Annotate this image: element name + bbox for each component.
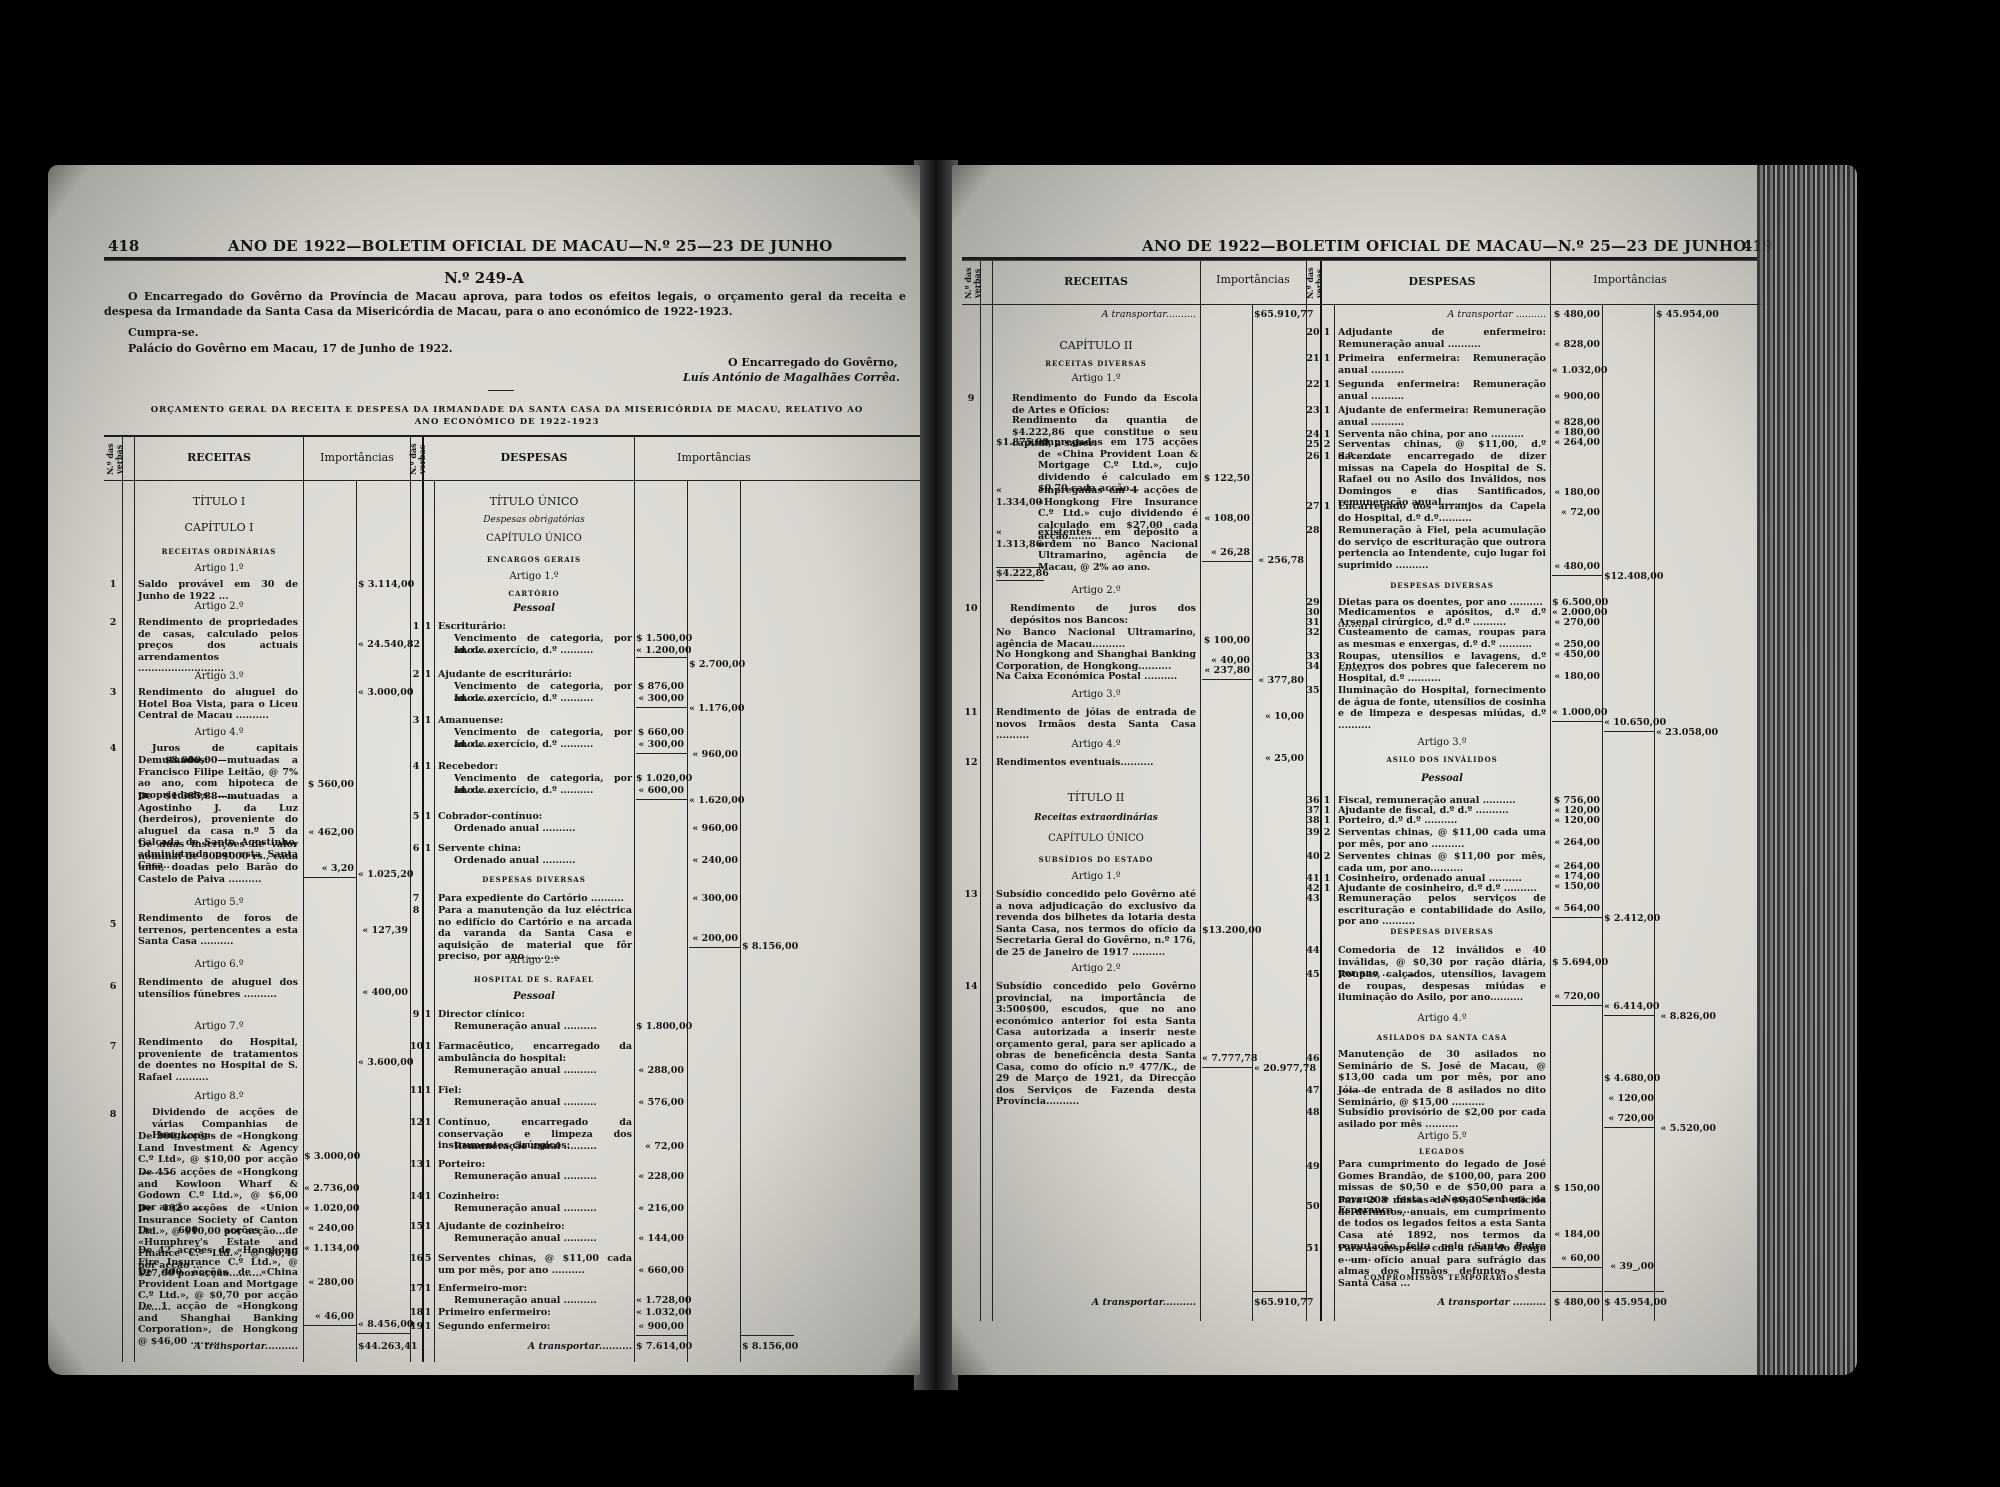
verba-no: 44: [1306, 945, 1320, 956]
despesa-value: « 270,00: [1552, 617, 1600, 629]
despesa-value: « 564,00: [1552, 903, 1600, 915]
verba-no: 11: [410, 1085, 422, 1096]
despesa-value: « 180,00: [1552, 487, 1600, 499]
despesa-item: Para as despesas com a festa do Orago e …: [1338, 1243, 1546, 1289]
despesa-subtotal: « 1.176,00: [689, 703, 738, 715]
verba-no: 51: [1306, 1243, 1320, 1254]
qty: 1: [422, 1009, 434, 1020]
despesa-value: « 720,00: [1552, 991, 1600, 1003]
despesa-value: « 264,00: [1552, 437, 1600, 449]
page-number: 418: [108, 237, 139, 255]
despesa-line: Remuneração anual ..........: [454, 1065, 632, 1077]
despesa-line: Remuneração anual ..........: [454, 1141, 632, 1153]
receita-item: Rendimento do aluguel do Hotel Boa Vista…: [138, 687, 298, 722]
artigo-heading: Artigo 1.º: [434, 571, 634, 582]
receita-subvalue: « 280,00: [304, 1277, 354, 1289]
importancias-header-2: Importâncias: [634, 451, 794, 464]
verba-no: 5: [410, 811, 422, 822]
verba-no: 22: [1306, 379, 1320, 390]
despesa-item: Encarregado dos arranjos da Capela do Ho…: [1338, 501, 1546, 524]
receita-total: « 25,00: [1254, 753, 1304, 765]
verba-no: 35: [1306, 685, 1320, 696]
despesa-value: « 720,00: [1604, 1113, 1654, 1125]
receitas-header: RECEITAS: [134, 451, 304, 464]
verba-no: 40: [1306, 851, 1320, 862]
despesa-value: « 180,00: [1552, 671, 1600, 683]
despesa-subtotal: $ 2.700,00: [689, 659, 738, 671]
receita-total: « 256,78: [1254, 555, 1304, 567]
receita-item: Rendimento de jóias de entrada de novos …: [996, 707, 1196, 742]
despesa-item: Sacerdote encarregado de dizer missas na…: [1338, 451, 1546, 509]
despesa-value: « 828,00: [1552, 339, 1600, 351]
page-number: 419: [1742, 237, 1773, 255]
transport-total: $65.910,77: [1254, 1297, 1304, 1309]
despesa-value: « 72,00: [636, 1141, 684, 1153]
despesa-subtotal: $ 2.412,00: [1604, 913, 1654, 925]
budget-table-right: N.º das verbas RECEITAS Importâncias N.º…: [962, 261, 1762, 1321]
despesa-line: Remuneração anual ..........: [454, 1097, 632, 1109]
receitas-header: RECEITAS: [992, 275, 1200, 288]
artigo-heading: Artigo 1.º: [992, 373, 1200, 384]
artigo-heading: Artigo 2.º: [434, 955, 634, 966]
verba-no: 2: [410, 669, 422, 680]
verba-no: 9: [410, 1009, 422, 1020]
artigo-heading: Artigo 5.º: [134, 897, 304, 908]
verba-no: 28: [1306, 525, 1320, 536]
running-head: ANO DE 1922—BOLETIM OFICIAL DE MACAU—N.º…: [1142, 237, 1747, 255]
verba-no: 48: [1306, 1107, 1320, 1118]
receita-subitem: Na Caixa Económica Postal ..........: [996, 671, 1196, 683]
titulo-heading: TÍTULO II: [992, 791, 1200, 804]
despesa-item: Jóia de entrada de 8 asilados no dito Se…: [1338, 1085, 1546, 1108]
despesa-value: « 144,00: [636, 1233, 684, 1245]
section-heading: RECEITAS DIVERSAS: [992, 359, 1200, 368]
despesa-subtotal: « 10.650,00: [1604, 717, 1654, 729]
capital-amount: « 1.334,00: [996, 485, 1036, 508]
divider: [488, 390, 514, 391]
capital-total: $4.222,86: [996, 567, 1044, 581]
receita-total: $ 3.114,00: [358, 579, 408, 591]
verba-no: 12: [962, 757, 980, 768]
verba-no: 15: [410, 1221, 422, 1232]
transport-subtotal: $ 480,00: [1552, 309, 1600, 321]
importancias-header: Importâncias: [303, 451, 411, 464]
verba-no: 2: [104, 617, 122, 628]
running-head: ANO DE 1922—BOLETIM OFICIAL DE MACAU—N.º…: [228, 237, 833, 255]
despesa-item: Serventes chinas @ $11,00 por mês, cada …: [1338, 851, 1546, 874]
despesa-line: Remuneração anual ..........: [454, 1295, 632, 1307]
receita-item: Saldo provável em 30 de Junho de 1922 ..…: [138, 579, 298, 602]
artigo-heading: Artigo 8.º: [134, 1091, 304, 1102]
verba-no-header: N.º das verbas: [106, 441, 120, 477]
despesa-item: Serventes chinas, @ $11,00 cada um por m…: [438, 1253, 632, 1276]
despesa-item: Ajudante de enfermeira: Remuneração anua…: [1338, 405, 1546, 428]
receita-subvalue: $13.200,00: [1202, 925, 1250, 937]
despesa-item: Serventas chinas, @ $11,00 cada uma por …: [1338, 827, 1546, 850]
capitulo-heading: CAPÍTULO II: [992, 339, 1200, 352]
qty: 1: [422, 1307, 434, 1318]
verba-no: 8: [410, 905, 422, 916]
verba-no: 5: [104, 919, 122, 930]
despesa-line: Ordenado anual ..........: [454, 855, 632, 867]
qty: 2: [1320, 851, 1334, 862]
transport-total: $ 45.954,00: [1604, 1297, 1664, 1309]
despesa-item: Ajudante de cozinheiro:: [438, 1221, 632, 1233]
verba-no: 8: [104, 1109, 122, 1120]
receita-subvalue: $ 122,50: [1202, 473, 1250, 485]
section-heading: SUBSÍDIOS DO ESTADO: [992, 855, 1200, 864]
despesa-value: « 576,00: [636, 1097, 684, 1109]
receita-total: « 377,80: [1254, 675, 1304, 687]
verba-no: 50: [1306, 1201, 1320, 1212]
despesa-item: Fiel:: [438, 1085, 632, 1097]
artigo-heading: Artigo 5.º: [1334, 1131, 1550, 1142]
despesa-subtotal: « 960,00: [689, 823, 738, 835]
artigo-total: « 5.520,00: [1656, 1123, 1716, 1135]
section-heading: COMPROMISSOS TEMPORÁRIOS: [1334, 1273, 1550, 1282]
despesa-line: Remuneração anual ..........: [454, 1171, 632, 1183]
receita-total: « 20.977,78: [1254, 1063, 1304, 1075]
receita-total: « 3.600,00: [358, 1057, 408, 1069]
qty: 1: [1320, 451, 1334, 462]
capitulo-heading: CAPÍTULO I: [134, 521, 304, 534]
artigo-heading: Artigo 1.º: [134, 563, 304, 574]
despesa-value: « 72,00: [1552, 507, 1600, 519]
section-heading: CARTÓRIO: [434, 589, 634, 598]
verba-no: 10: [410, 1041, 422, 1052]
despesa-item: Primeiro enfermeiro:: [438, 1307, 632, 1319]
despesa-value: « 1.032,00: [636, 1307, 684, 1319]
despesa-subtotal: « 200,00: [689, 933, 738, 945]
section-heading: DESPESAS DIVERSAS: [1334, 927, 1550, 936]
receita-item: Subsídio concedido pelo Govêrno até a no…: [996, 889, 1196, 958]
verba-no: 14: [410, 1191, 422, 1202]
verba-no: 45: [1306, 969, 1320, 980]
verba-no: 14: [962, 981, 980, 992]
artigo-heading: Artigo 7.º: [134, 1021, 304, 1032]
subtitulo-heading: Despesas obrigatórias: [434, 515, 634, 525]
despesa-subtotal: « 1.620,00: [689, 795, 738, 807]
transport-label: A transportar ..........: [1338, 1297, 1546, 1309]
qty: 1: [422, 1191, 434, 1202]
place-date: Palácio do Govêrno em Macau, 17 de Junho…: [128, 341, 453, 356]
left-page: 418 ANO DE 1922—BOLETIM OFICIAL DE MACAU…: [48, 165, 920, 1375]
despesa-item: Remuneração à Fiel, pela acumulação do s…: [1338, 525, 1546, 571]
receita-subvalue: « 462,00: [304, 827, 354, 839]
receita-subvalue: $ 3.000,00: [304, 1151, 354, 1163]
despesas-header: DESPESAS: [1334, 275, 1550, 288]
artigo-heading: Artigo 6.º: [134, 959, 304, 970]
receita-item: Rendimento de juros dos depósitos nos Ba…: [996, 603, 1196, 626]
right-page: ANO DE 1922—BOLETIM OFICIAL DE MACAU—N.º…: [952, 165, 1857, 1375]
receita-item: Rendimento do Fundo da Escola de Artes e…: [1012, 393, 1198, 416]
receita-item: Rendimento de propriedades de casas, cal…: [138, 617, 298, 675]
receita-item: Subsídio concedido pelo Govêrno provinci…: [996, 981, 1196, 1108]
receita-subvalue: $ 100,00: [1202, 635, 1250, 647]
titulo-heading: TÍTULO ÚNICO: [434, 495, 634, 508]
transport-total: $ 45.954,00: [1656, 309, 1716, 321]
receita-subitem: No Hongkong and Shanghai Banking Corpora…: [996, 649, 1196, 672]
despesa-item: Para a manutenção da luz eléctrica no ed…: [438, 905, 632, 963]
qty: 1: [422, 1159, 434, 1170]
section-heading: ASILADOS DA SANTA CASA: [1334, 1033, 1550, 1042]
verba-no: 6: [104, 981, 122, 992]
transport-total: $44.263,41: [358, 1341, 408, 1353]
qty: 1: [422, 1283, 434, 1294]
receita-subvalue: « 46,00: [304, 1311, 354, 1323]
verba-no: 49: [1306, 1161, 1320, 1172]
receita-subvalue: « 2.736,00: [304, 1183, 354, 1195]
despesa-value: « 660,00: [636, 1265, 684, 1277]
despesa-value: « 1.032,00: [1552, 365, 1600, 377]
verba-no: 7: [104, 1041, 122, 1052]
despesa-value: « 60,00: [1552, 1253, 1600, 1265]
artigo-total: « 8.826,00: [1656, 1011, 1716, 1023]
capital-amount: $1.875,00: [996, 437, 1036, 449]
qty: 1: [1320, 501, 1334, 512]
despesa-value: $ 660,00: [636, 727, 684, 739]
verba-no: 32: [1306, 627, 1320, 638]
despesa-value: « 450,00: [1552, 649, 1600, 661]
receita-subvalue: « 7.777,78: [1202, 1053, 1250, 1065]
receita-total: « 10,00: [1254, 711, 1304, 723]
despesa-item: Roupas, calçados, utensílios, lavagem de…: [1338, 969, 1546, 1004]
verba-no: 6: [410, 843, 422, 854]
receita-subitem: De duas inscrições de valor nominal de 5…: [138, 839, 298, 885]
despesa-subtotal: « 6.414,00: [1604, 1001, 1654, 1013]
transport-subtotal: $ 7.614,00: [636, 1341, 684, 1353]
despesa-value: « 1.000,00: [1552, 707, 1600, 719]
budget-title-line1: ORÇAMENTO GERAL DA RECEITA E DESPESA DA …: [104, 405, 910, 415]
despesa-value: « 300,00: [636, 739, 684, 751]
transport-label: A transportar..........: [996, 1297, 1196, 1309]
despesa-value: « 1.728,00: [636, 1295, 684, 1307]
artigo-heading: Artigo 3.º: [1334, 737, 1550, 748]
receita-item: Rendimento de aluguel dos utensílios fún…: [138, 977, 298, 1000]
artigo-heading: Artigo 3.º: [134, 671, 304, 682]
despesa-item: Ajudante de escriturário:: [438, 669, 632, 681]
verba-no: 27: [1306, 501, 1320, 512]
despesa-item: Recebedor:: [438, 761, 632, 773]
transport-subtotal: $ 480,00: [1552, 1297, 1600, 1309]
qty: 1: [422, 1041, 434, 1052]
despesa-item: Farmacêutico, encarregado da ambulância …: [438, 1041, 632, 1064]
despesa-item: Enfermeiro-mor:: [438, 1283, 632, 1295]
despesa-item: Enterros dos pobres que falecerem no Hos…: [1338, 661, 1546, 684]
section-heading: DESPESAS DIVERSAS: [1334, 581, 1550, 590]
verba-no-header-2: N.º das verbas: [409, 441, 423, 477]
despesa-value: « 184,00: [1552, 1229, 1600, 1241]
despesa-value: « 216,00: [636, 1203, 684, 1215]
despesa-item: Para expediente do Cartório ..........: [438, 893, 632, 905]
verba-no: 23: [1306, 405, 1320, 416]
capitulo-heading: CAPÍTULO ÚNICO: [992, 833, 1200, 844]
budget-title-line2: ANO ECONÓMICO DE 1922-1923: [104, 417, 910, 427]
pessoal-heading: Pessoal: [1334, 773, 1550, 784]
qty: 1: [1320, 405, 1334, 416]
qty: 1: [422, 669, 434, 680]
receita-item: Rendimento do Hospital, proveniente de t…: [138, 1037, 298, 1083]
artigo-total: $ 8.156,00: [742, 941, 794, 953]
qty: 1: [1320, 815, 1334, 826]
capital-amount: « 1.313,86: [996, 527, 1036, 550]
despesa-item: Cozinheiro:: [438, 1191, 632, 1203]
verba-no: 3: [410, 715, 422, 726]
despesa-value: « 300,00: [636, 693, 684, 705]
receita-total: « 400,00: [358, 987, 408, 999]
transport-total: $ 8.156,00: [742, 1341, 794, 1353]
despesa-item: Porteiro, d.º d.º ..........: [1338, 815, 1546, 827]
signature-title: O Encarregado do Govêrno,: [728, 355, 898, 370]
transport-label: A transportar..........: [996, 309, 1196, 321]
verba-no: 1: [104, 579, 122, 590]
qty: 1: [422, 1085, 434, 1096]
despesa-subtotal: « 240,00: [689, 855, 738, 867]
despesa-line: Ordenado anual ..........: [454, 823, 632, 835]
receita-subvalue: « 108,00: [1202, 513, 1250, 525]
verba-no: 20: [1306, 327, 1320, 338]
signature-name: Luís António de Magalhães Corrêa.: [683, 370, 900, 385]
receita-subvalue: « 26,28: [1202, 547, 1250, 559]
verba-no: 47: [1306, 1085, 1320, 1096]
qty: 1: [422, 761, 434, 772]
qty: 1: [422, 1117, 434, 1128]
importancias-header-2: Importâncias: [1550, 273, 1710, 286]
despesa-item: Segunda enfermeira: Remuneração anual ..…: [1338, 379, 1546, 402]
verba-no: 4: [410, 761, 422, 772]
transport-label: A transportar..........: [138, 1341, 298, 1353]
qty: 1: [422, 715, 434, 726]
section-heading: HOSPITAL DE S. RAFAEL: [434, 975, 634, 984]
despesa-value: « 480,00: [1552, 561, 1600, 573]
verba-no-header-2: N.º das verbas: [1306, 265, 1320, 301]
artigo-heading: Artigo 1.º: [992, 871, 1200, 882]
despesa-item: Primeira enfermeira: Remuneração anual .…: [1338, 353, 1546, 376]
section-heading: ASILO DOS INVÁLIDOS: [1334, 755, 1550, 764]
qty: 1: [422, 811, 434, 822]
artigo-heading: Artigo 2.º: [992, 585, 1200, 596]
verba-no: 10: [962, 603, 980, 614]
despesa-value: « 264,00: [1552, 837, 1600, 849]
despesa-line: Id. de exercício, d.º ..........: [454, 645, 632, 657]
despesa-line: Remuneração anual ..........: [454, 1203, 632, 1215]
despesa-line: Remuneração anual ..........: [454, 1233, 632, 1245]
receita-total: « 3.000,00: [358, 687, 408, 699]
artigo-total: « 23.058,00: [1656, 727, 1716, 739]
despesa-value: $ 1.500,00: [636, 633, 684, 645]
transport-label: A transportar ..........: [1338, 309, 1546, 321]
verba-no: 9: [962, 393, 980, 404]
artigo-heading: Artigo 4.º: [134, 727, 304, 738]
verba-no: 34: [1306, 661, 1320, 672]
verba-no: 16: [410, 1253, 422, 1264]
receita-subvalue: « 3,20: [304, 863, 354, 875]
qty: 1: [1320, 327, 1334, 338]
verba-no: 13: [962, 889, 980, 900]
verba-no: 39: [1306, 827, 1320, 838]
pessoal-heading: Pessoal: [434, 991, 634, 1002]
despesa-value: $ 150,00: [1552, 1183, 1600, 1195]
pessoal-heading: Pessoal: [434, 603, 634, 614]
despesa-line: Id. de exercício, d.º ..........: [454, 785, 632, 797]
despesa-value: « 150,00: [1552, 881, 1600, 893]
scanned-spread: 418 ANO DE 1922—BOLETIM OFICIAL DE MACAU…: [0, 0, 2000, 1487]
artigo-heading: Artigo 4.º: [1334, 1013, 1550, 1024]
receita-total: « 1.025,20: [358, 869, 408, 881]
header-rule: [104, 257, 906, 261]
receita-item: Rendimento de foros de terrenos, pertenc…: [138, 913, 298, 948]
transport-label: A transportar..........: [438, 1341, 632, 1353]
receita-item: Rendimentos eventuais..........: [996, 757, 1196, 769]
qty: 1: [422, 1321, 434, 1332]
verba-no: 18: [410, 1307, 422, 1318]
verba-no: 1: [410, 621, 422, 632]
despesa-item: Director clínico:: [438, 1009, 632, 1021]
despesas-header: DESPESAS: [434, 451, 634, 464]
capitulo-heading: CAPÍTULO ÚNICO: [434, 533, 634, 544]
despesa-value: $ 1.800,00: [636, 1021, 684, 1033]
section-heading: DESPESAS DIVERSAS: [434, 875, 634, 884]
verba-no: 43: [1306, 893, 1320, 904]
despesa-subtotal: « 960,00: [689, 749, 738, 761]
decree-text: O Encarregado do Govêrno da Província de…: [104, 289, 906, 319]
artigo-total: « 39_,00: [1604, 1261, 1654, 1273]
verba-no: 17: [410, 1283, 422, 1294]
despesa-value: « 120,00: [1552, 815, 1600, 827]
verba-no-header: N.º das verbas: [964, 265, 978, 301]
verba-no: 11: [962, 707, 980, 718]
receita-subitem: No Banco Nacional Ultramarino, agência d…: [996, 627, 1196, 650]
despesa-item: Iluminação do Hospital, fornecimento de …: [1338, 685, 1546, 731]
verba-no: 13: [410, 1159, 422, 1170]
despesa-value: « 120,00: [1604, 1093, 1654, 1105]
artigo-heading: Artigo 2.º: [992, 963, 1200, 974]
despesa-line: Id. de exercício, d.º ..........: [454, 693, 632, 705]
despesa-value: « 1.200,00: [636, 645, 684, 657]
receita-subvalue: « 237,80: [1202, 665, 1250, 677]
section-heading: ENCARGOS GERAIS: [434, 555, 634, 564]
qty: 1: [1320, 883, 1334, 894]
despesa-subtotal: $12.408,00: [1604, 571, 1654, 583]
receita-subvalue: « 1.020,00: [304, 1203, 354, 1215]
despesa-item: Porteiro:: [438, 1159, 632, 1171]
despesa-item: Escriturário:: [438, 621, 632, 633]
budget-table-left: N.º das verbas RECEITAS Importâncias N.º…: [104, 435, 920, 1360]
verba-no: 12: [410, 1117, 422, 1128]
receita-subvalue: « 240,00: [304, 1223, 354, 1235]
receita-subvalue: $ 560,00: [304, 779, 354, 791]
verba-no: 19: [410, 1321, 422, 1332]
despesa-item: Adjudante de enfermeiro: Remuneração anu…: [1338, 327, 1546, 350]
decree-number: N.º 249-A: [48, 269, 920, 287]
qty: 1: [1320, 379, 1334, 390]
despesa-subtotal: « 300,00: [689, 893, 738, 905]
qty: 2: [1320, 439, 1334, 450]
artigo-heading: Artigo 2.º: [134, 601, 304, 612]
artigo-heading: Artigo 3.º: [992, 689, 1200, 700]
titulo-heading: TÍTULO I: [134, 495, 304, 508]
receita-subitem: existentes em depósito à ordem no Banco …: [1038, 527, 1198, 573]
artigo-heading: Artigo 4.º: [992, 739, 1200, 750]
qty: 1: [422, 1221, 434, 1232]
despesa-value: « 900,00: [1552, 391, 1600, 403]
receita-total: « 127,39: [358, 925, 408, 937]
despesa-item: Subsídio provisório de $2,00 por cada as…: [1338, 1107, 1546, 1130]
despesa-item: Amanuense:: [438, 715, 632, 727]
verba-no: 21: [1306, 353, 1320, 364]
despesa-value: $ 5.694,00: [1552, 957, 1600, 969]
subtitulo-heading: Receitas extraordinárias: [992, 813, 1200, 823]
